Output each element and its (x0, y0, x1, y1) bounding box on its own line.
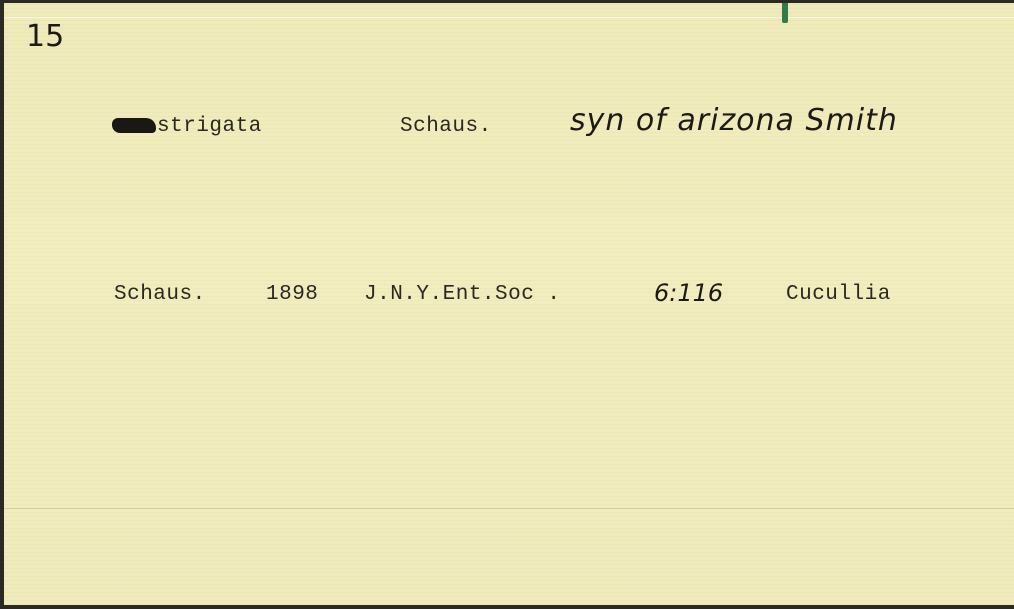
bottom-rule-line (4, 508, 1014, 509)
index-card: 15 strigata Schaus. syn of arizona Smith… (4, 3, 1014, 605)
top-rule-line (4, 17, 1014, 18)
reference-year: 1898 (266, 283, 318, 306)
species-name-text: strigata (157, 115, 262, 138)
species-name: strigata (112, 115, 262, 138)
green-tab-marker (782, 3, 788, 23)
ink-smudge-icon (112, 118, 156, 133)
card-number: 15 (26, 19, 64, 54)
species-author: Schaus. (400, 115, 492, 138)
handwritten-annotation: syn of arizona Smith (570, 103, 898, 138)
reference-volume-page: 6:116 (654, 279, 723, 307)
reference-journal: J.N.Y.Ent.Soc . (364, 283, 561, 306)
reference-genus: Cucullia (786, 283, 891, 306)
reference-author: Schaus. (114, 283, 206, 306)
